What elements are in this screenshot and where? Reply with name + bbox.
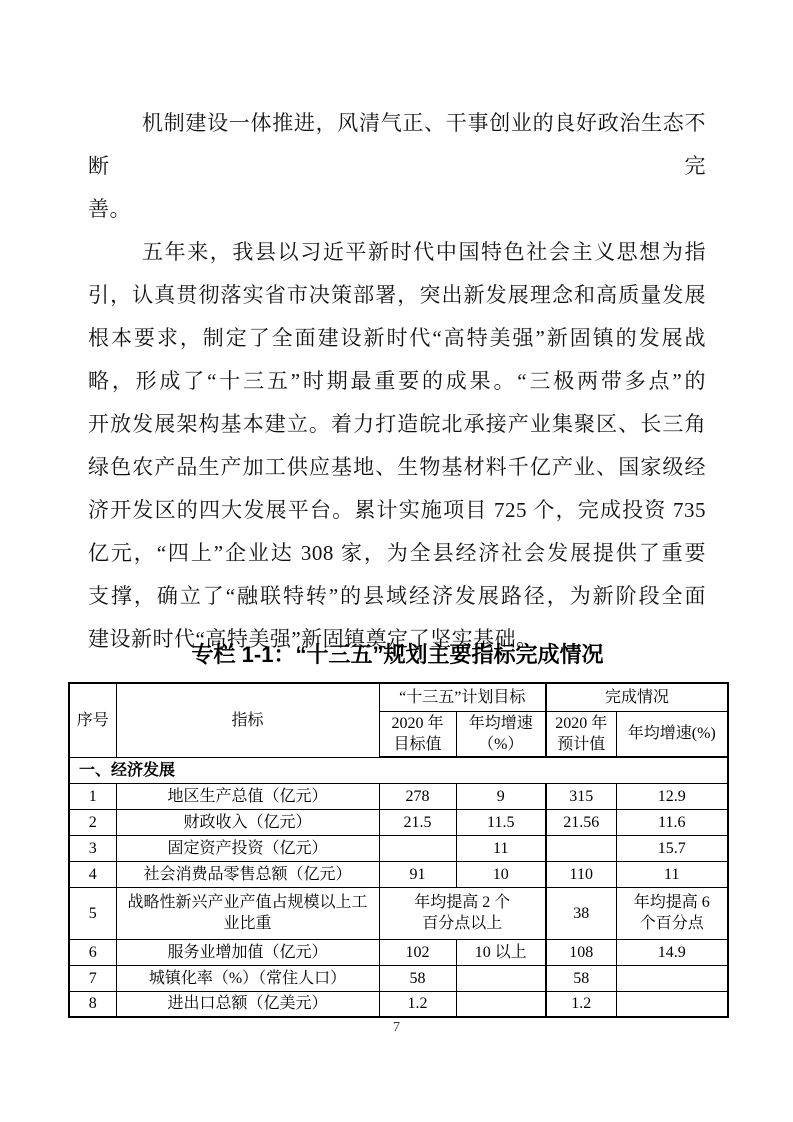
row-estimate: 38 <box>546 887 616 939</box>
row-growth: 11 <box>456 835 546 861</box>
indicators-table: 序号 指标 “十三五”计划目标 完成情况 2020 年 目标值 年均增速 （%）… <box>68 682 729 1018</box>
row-no: 6 <box>69 939 116 965</box>
row-indicator: 城镇化率（%）（常住人口） <box>116 965 379 991</box>
row-growth: 10 以上 <box>456 939 546 965</box>
body-text: 机制建设一体推进，风清气正、干事创业的良好政治生态不断完 善。 五年来，我县以习… <box>88 102 706 661</box>
table-row: 1 地区生产总值（亿元） 278 9 315 12.9 <box>69 783 728 809</box>
row-indicator: 社会消费品零售总额（亿元） <box>116 861 379 887</box>
document-page: 机制建设一体推进，风清气正、干事创业的良好政治生态不断完 善。 五年来，我县以习… <box>0 0 793 1122</box>
page-number: 7 <box>0 1020 793 1036</box>
row-target <box>379 835 456 861</box>
header-growth-plan: 年均增速 （%） <box>456 711 546 757</box>
row-growth <box>456 965 546 991</box>
row-target-combined: 年均提高 2 个 百分点以上 <box>379 887 546 939</box>
row-growth2: 年均提高 6 个百分点 <box>616 887 728 939</box>
paragraph2-line: 济开发区的四大发展平台。累计实施项目 725 个，完成投资 735 <box>88 489 706 532</box>
row-estimate: 1.2 <box>546 991 616 1017</box>
row-no: 8 <box>69 991 116 1017</box>
row-growth2: 11 <box>616 861 728 887</box>
table-header-group-row: 序号 指标 “十三五”计划目标 完成情况 <box>69 683 728 711</box>
table-row: 8 进出口总额（亿美元） 1.2 1.2 <box>69 991 728 1017</box>
row-growth2 <box>616 965 728 991</box>
row-indicator: 进出口总额（亿美元） <box>116 991 379 1017</box>
row-estimate <box>546 835 616 861</box>
paragraph2-line: 绿色农产品生产加工供应基地、生物基材料千亿产业、国家级经 <box>88 446 706 489</box>
row-estimate: 108 <box>546 939 616 965</box>
paragraph2-line: 亿元，“四上”企业达 308 家，为全县经济社会发展提供了重要 <box>88 532 706 575</box>
row-indicator: 服务业增加值（亿元） <box>116 939 379 965</box>
table-row: 7 城镇化率（%）（常住人口） 58 58 <box>69 965 728 991</box>
row-growth2: 15.7 <box>616 835 728 861</box>
paragraph1-line: 机制建设一体推进，风清气正、干事创业的良好政治生态不断完 <box>88 102 706 188</box>
row-growth: 10 <box>456 861 546 887</box>
row-estimate: 21.56 <box>546 809 616 835</box>
table-row: 4 社会消费品零售总额（亿元） 91 10 110 11 <box>69 861 728 887</box>
row-target: 102 <box>379 939 456 965</box>
paragraph2-line: 开放发展架构基本建立。着力打造皖北承接产业集聚区、长三角 <box>88 403 706 446</box>
row-growth2 <box>616 991 728 1017</box>
paragraph2-line: 引，认真贯彻落实省市决策部署，突出新发展理念和高质量发展 <box>88 274 706 317</box>
row-target: 1.2 <box>379 991 456 1017</box>
table-row: 2 财政收入（亿元） 21.5 11.5 21.56 11.6 <box>69 809 728 835</box>
paragraph2-line: 略，形成了“十三五”时期最重要的成果。“三极两带多点”的 <box>88 360 706 403</box>
header-group-completion: 完成情况 <box>546 683 728 711</box>
paragraph2-line: 五年来，我县以习近平新时代中国特色社会主义思想为指 <box>88 231 706 274</box>
section-row: 一、经济发展 <box>69 757 728 783</box>
paragraph2-line: 根本要求，制定了全面建设新时代“高特美强”新固镇的发展战 <box>88 317 706 360</box>
row-target: 58 <box>379 965 456 991</box>
section-title: 一、经济发展 <box>69 757 728 783</box>
row-growth: 11.5 <box>456 809 546 835</box>
row-growth2: 12.9 <box>616 783 728 809</box>
row-no: 4 <box>69 861 116 887</box>
row-no: 2 <box>69 809 116 835</box>
row-estimate: 58 <box>546 965 616 991</box>
table-row: 3 固定资产投资（亿元） 11 15.7 <box>69 835 728 861</box>
row-no: 3 <box>69 835 116 861</box>
row-target: 278 <box>379 783 456 809</box>
row-no: 7 <box>69 965 116 991</box>
row-estimate: 110 <box>546 861 616 887</box>
row-growth2: 14.9 <box>616 939 728 965</box>
row-growth <box>456 991 546 1017</box>
header-group-plan: “十三五”计划目标 <box>379 683 546 711</box>
row-indicator: 战略性新兴产业产值占规模以上工 业比重 <box>116 887 379 939</box>
header-target-2020: 2020 年 目标值 <box>379 711 456 757</box>
header-indicator: 指标 <box>116 683 379 757</box>
table-row: 6 服务业增加值（亿元） 102 10 以上 108 14.9 <box>69 939 728 965</box>
row-target: 91 <box>379 861 456 887</box>
row-growth: 9 <box>456 783 546 809</box>
row-growth2: 11.6 <box>616 809 728 835</box>
row-no: 1 <box>69 783 116 809</box>
header-seq: 序号 <box>69 683 116 757</box>
box-title: 专栏 1-1：“十三五”规划主要指标完成情况 <box>68 640 727 670</box>
row-target: 21.5 <box>379 809 456 835</box>
header-growth-actual: 年均增速(%) <box>616 711 728 757</box>
row-indicator: 地区生产总值（亿元） <box>116 783 379 809</box>
row-indicator: 固定资产投资（亿元） <box>116 835 379 861</box>
table-row: 5 战略性新兴产业产值占规模以上工 业比重 年均提高 2 个 百分点以上 38 … <box>69 887 728 939</box>
row-no: 5 <box>69 887 116 939</box>
paragraph1-line: 善。 <box>88 188 706 231</box>
header-estimate-2020: 2020 年 预计值 <box>546 711 616 757</box>
indicators-table-wrap: 序号 指标 “十三五”计划目标 完成情况 2020 年 目标值 年均增速 （%）… <box>68 682 729 1018</box>
row-indicator: 财政收入（亿元） <box>116 809 379 835</box>
row-estimate: 315 <box>546 783 616 809</box>
paragraph2-line: 支撑，确立了“融联特转”的县域经济发展路径，为新阶段全面 <box>88 575 706 618</box>
